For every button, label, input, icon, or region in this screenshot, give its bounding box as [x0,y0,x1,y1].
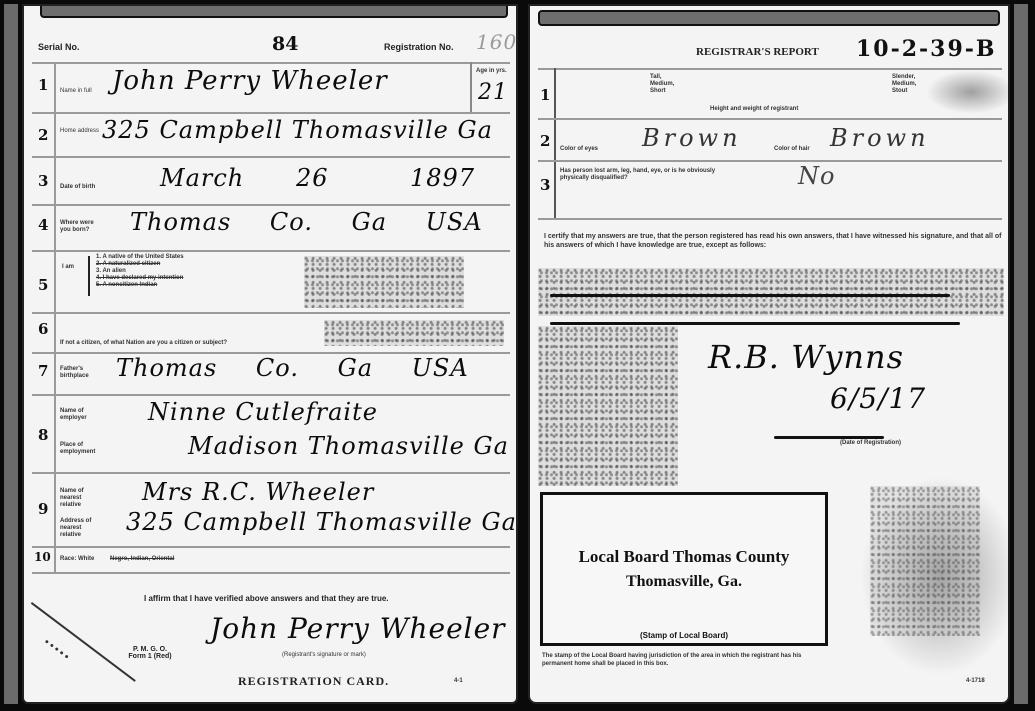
hair-color-value: Brown [830,124,930,152]
torn-paper-noise [324,320,504,346]
row-label: Name of nearest relative [60,488,100,509]
row-number: 1 [38,76,48,94]
row-number: 6 [38,320,48,338]
torn-paper-noise [304,256,464,308]
row-label: Date of birth [60,184,95,191]
row-number: 7 [38,362,48,380]
row-label: Place of employment [60,442,100,456]
row-number: 5 [38,276,48,294]
row-divider [32,250,510,252]
row-divider [538,68,1002,70]
margin-rule [554,68,556,218]
row-divider [32,546,510,548]
citizenship-option: 5. A noncitizen Indian [96,282,184,289]
citizenship-option: 2. A naturalized citizen [96,261,184,268]
row-divider [538,218,1002,220]
serial-label: Serial No. [38,42,80,52]
row-divider [32,62,510,64]
rule-line [550,294,950,297]
board-stamp-caption: (Stamp of Local Board) [543,631,825,640]
rule-line [550,322,960,325]
card-top-bar [40,6,508,18]
race-options: Negro, Indian, Oriental [110,556,174,563]
registration-label: Registration No. [384,42,454,52]
disqualified-value: No [798,162,835,190]
registrar-signature: R.B. Wynns [708,338,904,376]
row-number: 1 [540,86,550,104]
row-label: Where were you born? [60,220,102,234]
row-divider [32,156,510,158]
date-caption: (Date of Registration) [840,440,901,447]
age-label: Age in yrs. [476,68,507,75]
row-divider [32,312,510,314]
row-label: Name of employer [60,408,100,422]
stamp-footnote: The stamp of the Local Board having juri… [542,652,828,668]
build-options-left: Tall, Medium, Short [650,74,680,95]
bracket [88,256,90,296]
citizenship-option: 1. A native of the United States [96,254,184,261]
board-stamp-line1: Local Board Thomas County [543,547,825,567]
citizenship-option: 3. An alien [96,268,184,275]
row-label: Home address [60,128,100,135]
row-divider [32,472,510,474]
board-stamp-line2: Thomasville, Ga. [543,573,825,591]
local-board-stamp-box: Local Board Thomas County Thomasville, G… [540,492,828,646]
torn-paper-noise [538,268,1004,316]
age-box-divider [470,62,472,114]
card-code: 4-1 [454,678,463,685]
row-number: 3 [540,176,550,194]
row-divider [538,160,1002,162]
row-divider [32,572,510,574]
row-label: Name in full [60,88,100,95]
row-label: Has person lost arm, leg, hand, eye, or … [560,168,730,182]
row-number: 4 [38,216,48,234]
row-label: Address of nearest relative [60,518,100,539]
row-number: 2 [38,126,48,144]
row-divider [32,112,510,114]
signature-caption: (Registrant's signature or mark) [282,652,366,659]
hair-color-label: Color of hair [774,146,810,153]
row-label: If not a citizen, of what Nation are you… [60,340,227,347]
age-value: 21 [478,80,508,105]
ink-smudge [926,70,1010,114]
row-label: Father's birthplace [60,366,100,380]
card-top-bar [538,10,1000,26]
birth-year-value: 1897 [410,164,475,192]
father-birthplace-value: Thomas Co. Ga USA [116,354,469,382]
row-number: 8 [38,426,48,444]
serial-value: 84 [272,33,298,55]
row-number: 2 [540,132,550,150]
report-code: 10-2-39-B [856,36,997,62]
birth-month-value: March [160,164,244,192]
build-options-right: Slender, Medium, Stout [892,74,922,95]
torn-paper-noise [870,486,980,636]
nearest-relative-value: Mrs R.C. Wheeler [142,478,374,506]
date-underline [774,436,884,439]
affirmation-text: I affirm that I have verified above answ… [144,594,389,603]
row-number: 3 [38,172,48,190]
citizenship-option: 4. I have declared my intention [96,275,184,282]
name-value: John Perry Wheeler [112,66,388,96]
card-title: REGISTRATION CARD. [238,674,389,689]
employer-value: Ninne Cutlefraite [148,398,378,426]
right-binder-strip [1014,4,1028,704]
registrars-report-back: REGISTRAR'S REPORT 10-2-39-B 1 Tall, Med… [528,4,1010,704]
nearest-relative-address-value: 325 Campbell Thomasville Ga. [126,508,518,536]
row-label: Race: White [60,556,94,563]
registration-card-front: Serial No. 84 Registration No. 160 1 Nam… [22,4,518,704]
birth-day-value: 26 [296,164,329,192]
report-title: REGISTRAR'S REPORT [696,46,819,58]
row-divider [32,204,510,206]
left-binder-strip [4,4,18,704]
form-code: P. M. G. O. Form 1 (Red) [128,646,172,660]
registration-value: 160 [476,30,517,54]
torn-paper-noise [538,326,678,486]
row-number: 9 [38,500,48,518]
registration-date: 6/5/17 [830,382,926,415]
certification-text: I certify that my answers are true, that… [544,232,1002,250]
row-number: 10 [34,550,51,564]
row-label: Color of eyes [560,146,598,153]
back-form-code: 4-1718 [966,678,985,685]
row-divider [538,118,1002,120]
birthplace-value: Thomas Co. Ga USA [130,208,483,236]
citizenship-options: 1. A native of the United States 2. A na… [96,254,184,289]
row-label: I am [62,264,74,271]
corner-note: ● ● ● ● ● [43,638,70,661]
margin-rule [54,62,56,572]
row-divider [32,394,510,396]
eye-color-value: Brown [642,124,742,152]
home-address-value: 325 Campbell Thomasville Ga [102,116,493,144]
height-weight-caption: Height and weight of registrant [710,106,798,113]
employment-place-value: Madison Thomasville Ga [188,432,509,460]
registrant-signature: John Perry Wheeler [210,612,506,645]
